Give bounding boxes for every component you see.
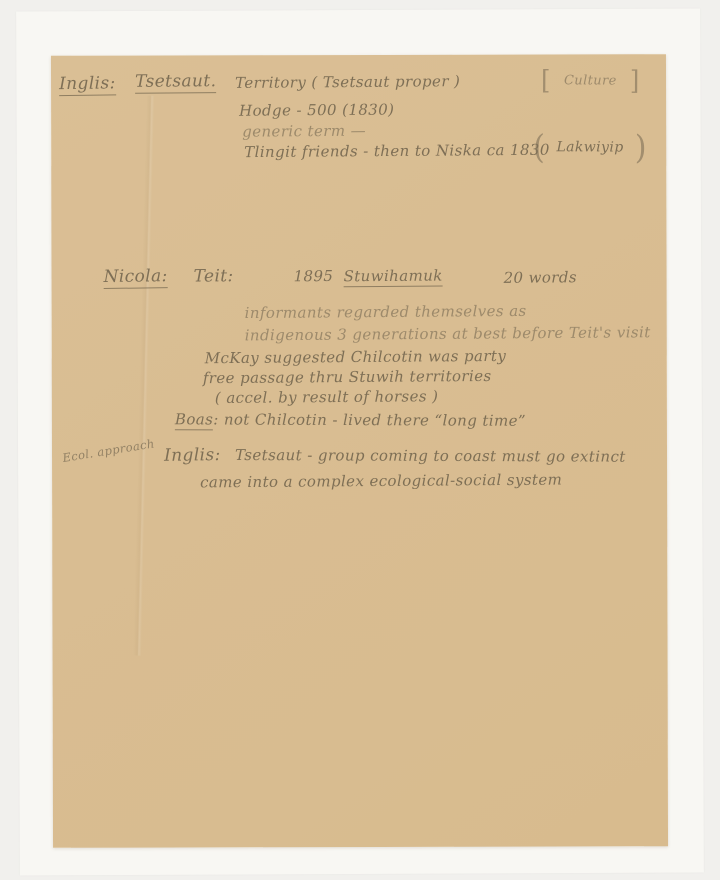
passage-line: free passage thru Stuwih territories <box>203 367 492 387</box>
hodge-line: Hodge - 500 (1830) <box>239 101 394 120</box>
extinct-line: Tsetsaut - group coming to coast must go… <box>235 446 626 466</box>
lakwiyip-annotation: ( Lakwiyip ) <box>533 130 647 165</box>
paper-crease <box>133 96 154 656</box>
culture-annotation-label: Culture <box>556 73 625 88</box>
culture-annotation: [ Culture ] <box>541 66 640 94</box>
mckay-line: McKay suggested Chilcotin was party <box>205 347 507 367</box>
tlingit-line: Tlingit friends - then to Niska ca 1830 <box>244 141 550 161</box>
lakwiyip-annotation-label: Lakwiyip <box>550 139 629 155</box>
indigenous-line: indigenous 3 generations at best before … <box>245 323 651 344</box>
teit-year: 1895 <box>293 267 333 285</box>
band-name: Stuwihamuk <box>343 267 442 288</box>
generic-term-line: generic term — <box>242 122 366 141</box>
nicola-heading: Nicola: <box>103 266 167 289</box>
system-line: came into a complex ecological-social sy… <box>200 471 562 492</box>
teit-label: Teit: <box>193 266 233 286</box>
right-square-bracket: ] <box>630 65 640 96</box>
boas-line-text: : not Chilcotin - lived there “long time… <box>213 410 526 429</box>
top-heading-inglis: Inglis: <box>59 73 116 96</box>
left-paren-bracket: ( <box>533 128 545 167</box>
top-heading-tsetsaut: Tsetsaut. <box>135 71 217 94</box>
boas-label: Boas <box>175 410 213 430</box>
word-count: 20 words <box>503 268 577 287</box>
territory-line: Territory ( Tsetsaut proper ) <box>235 72 460 92</box>
right-paren-bracket: ) <box>635 129 647 168</box>
boas-line: Boas: not Chilcotin - lived there “long … <box>175 410 526 430</box>
note-paper: Inglis: Tsetsaut. Territory ( Tsetsaut p… <box>51 54 668 848</box>
informants-line: informants regarded themselves as <box>245 302 527 322</box>
horses-line: ( accel. by result of horses ) <box>215 387 439 407</box>
left-square-bracket: [ <box>541 65 551 96</box>
bottom-heading-inglis: Inglis: <box>164 445 221 466</box>
